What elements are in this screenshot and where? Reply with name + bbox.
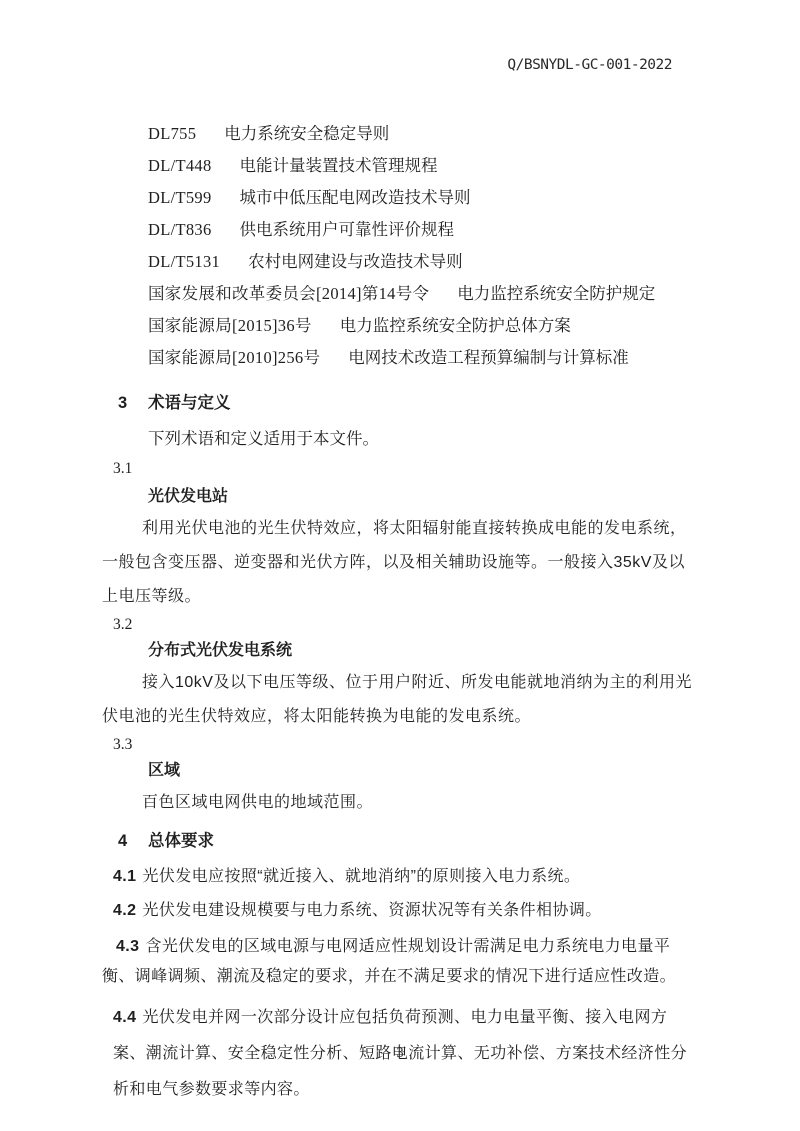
reference-item: 国家发展和改革委员会[2014]第14号令电力监控系统安全防护规定 — [100, 278, 700, 310]
doc-code: Q/BSNYDL-GC-001-2022 — [507, 57, 672, 73]
reference-item: DL/T836供电系统用户可靠性评价规程 — [100, 214, 700, 246]
clause-4-3-text: 含光伏发电的区域电源与电网适应性规划设计需满足电力系统电力电量平衡、调峰调频、潮… — [102, 938, 676, 985]
reference-title: 电网技术改造工程预算编制与计算标准 — [348, 348, 629, 367]
term-3-1-number: 3.1 — [113, 458, 700, 480]
reference-code: DL755 — [148, 124, 196, 143]
reference-code: DL/T599 — [148, 188, 212, 207]
document-page: Q/BSNYDL-GC-001-2022 DL755电力系统安全稳定导则 DL/… — [0, 0, 800, 1131]
page-footer: 3 — [0, 1044, 800, 1062]
clause-4-2: 4.2光伏发电建设规模要与电力系统、资源状况等有关条件相协调。 — [113, 900, 700, 922]
section-3-title: 术语与定义 — [148, 394, 231, 412]
reference-code: DL/T5131 — [148, 252, 220, 271]
reference-item: DL/T5131农村电网建设与改造技术导则 — [100, 246, 700, 278]
reference-code: DL/T836 — [148, 220, 212, 239]
clause-4-4-number: 4.4 — [113, 1009, 136, 1026]
reference-title: 城市中低压配电网改造技术导则 — [240, 188, 471, 207]
section-4-heading: 4总体要求 — [100, 830, 700, 852]
clause-4-3: 4.3含光伏发电的区域电源与电网适应性规划设计需满足电力系统电力电量平衡、调峰调… — [102, 932, 700, 992]
reference-item: 国家能源局[2010]256号电网技术改造工程预算编制与计算标准 — [100, 342, 700, 374]
reference-title: 电力监控系统安全防护总体方案 — [340, 316, 571, 335]
reference-title: 电力监控系统安全防护规定 — [457, 284, 655, 303]
section-3-number: 3 — [118, 392, 148, 414]
term-3-1-name: 光伏发电站 — [148, 486, 700, 508]
reference-title: 电能计量装置技术管理规程 — [240, 156, 438, 175]
term-3-2-number: 3.2 — [113, 614, 700, 636]
clause-4-2-text: 光伏发电建设规模要与电力系统、资源状况等有关条件相协调。 — [142, 902, 601, 919]
reference-title: 农村电网建设与改造技术导则 — [248, 252, 463, 271]
reference-item: DL/T599城市中低压配电网改造技术导则 — [100, 182, 700, 214]
term-3-2-name: 分布式光伏发电系统 — [148, 640, 700, 662]
reference-item: 国家能源局[2015]36号电力监控系统安全防护总体方案 — [100, 310, 700, 342]
page-content: DL755电力系统安全稳定导则 DL/T448电能计量装置技术管理规程 DL/T… — [0, 118, 800, 1108]
reference-title: 电力系统安全稳定导则 — [224, 124, 389, 143]
clause-4-1-number: 4.1 — [113, 868, 136, 885]
section-4-number: 4 — [118, 830, 148, 852]
term-3-3-name: 区域 — [148, 760, 700, 782]
page-header: Q/BSNYDL-GC-001-2022 — [0, 0, 800, 72]
reference-code: 国家发展和改革委员会[2014]第14号令 — [148, 284, 429, 303]
term-3-3-number: 3.3 — [113, 734, 700, 756]
term-3-3-definition: 百色区域电网供电的地域范围。 — [102, 786, 700, 820]
clause-4-2-number: 4.2 — [113, 902, 136, 919]
clause-4-1: 4.1光伏发电应按照“就近接入、就地消纳”的原则接入电力系统。 — [113, 866, 700, 888]
reference-code: DL/T448 — [148, 156, 212, 175]
clause-4-1-text: 光伏发电应按照“就近接入、就地消纳”的原则接入电力系统。 — [142, 868, 580, 885]
reference-code: 国家能源局[2015]36号 — [148, 316, 312, 335]
page-number: 3 — [396, 1045, 404, 1061]
reference-item: DL755电力系统安全稳定导则 — [100, 118, 700, 150]
section-3-intro: 下列术语和定义适用于本文件。 — [100, 428, 700, 450]
clause-4-3-number: 4.3 — [116, 938, 139, 955]
section-4-title: 总体要求 — [148, 832, 214, 850]
reference-code: 国家能源局[2010]256号 — [148, 348, 320, 367]
term-3-1-definition: 利用光伏电池的光生伏特效应，将太阳辐射能直接转换成电能的发电系统，一般包含变压器… — [102, 512, 700, 614]
references-list: DL755电力系统安全稳定导则 DL/T448电能计量装置技术管理规程 DL/T… — [100, 118, 700, 374]
term-3-2-definition: 接入10kV及以下电压等级、位于用户附近、所发电能就地消纳为主的利用光伏电池的光… — [102, 666, 700, 734]
section-3-heading: 3术语与定义 — [100, 392, 700, 414]
reference-title: 供电系统用户可靠性评价规程 — [240, 220, 455, 239]
reference-item: DL/T448电能计量装置技术管理规程 — [100, 150, 700, 182]
